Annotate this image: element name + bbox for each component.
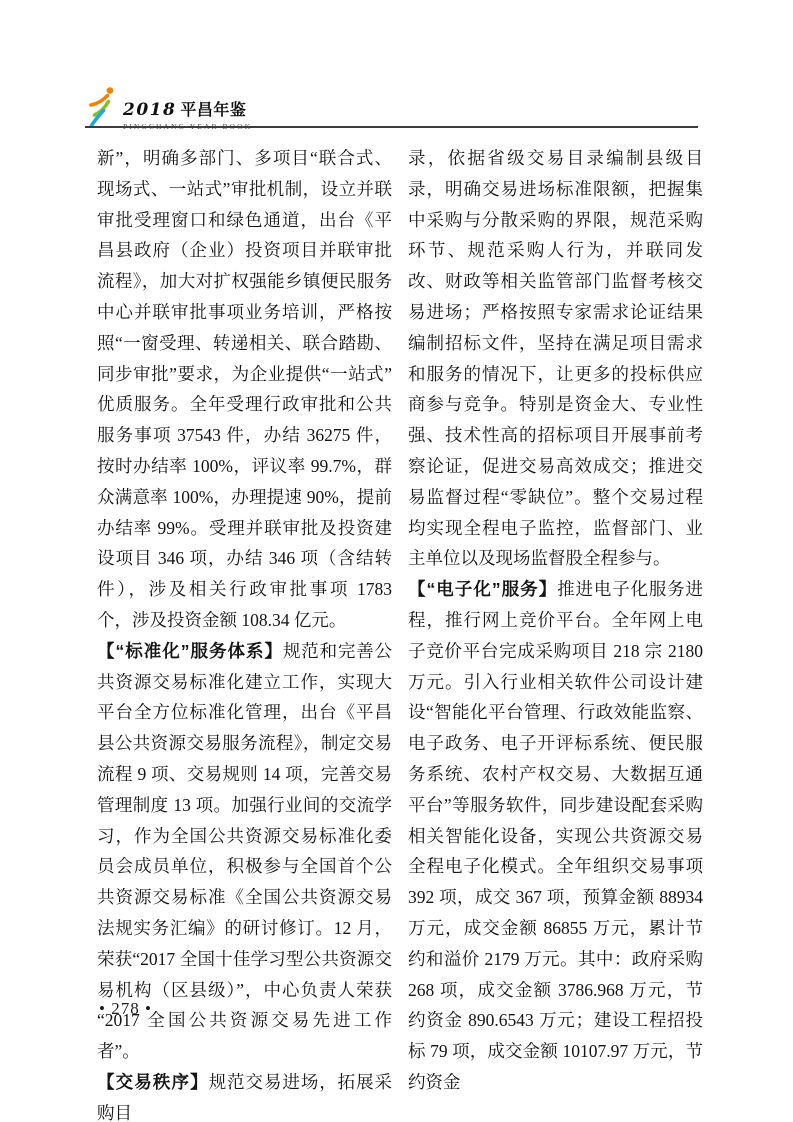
paragraph-heading: 【“标准化”服务体系】	[97, 641, 283, 661]
left-column: 新”，明确多部门、多项目“联合式、现场式、一站式”审批机制，设立并联审批受理窗口…	[97, 143, 392, 1122]
logo-year: 2018	[123, 100, 176, 120]
right-column: 录，依据省级交易目录编制县级目录，明确交易进场标准限额，把握集中采购与分散采购的…	[408, 143, 703, 1122]
paragraph-text: 新”，明确多部门、多项目“联合式、现场式、一站式”审批机制，设立并联审批受理窗口…	[97, 148, 392, 630]
page-header: 2018 平昌年鉴 PINGCHANG YEAR BOOK	[88, 85, 252, 131]
paragraph-trade-order: 【交易秩序】规范交易进场，拓展采购目	[97, 1067, 392, 1122]
runner-figure-icon	[88, 85, 118, 127]
logo-text: 2018 平昌年鉴 PINGCHANG YEAR BOOK	[123, 85, 252, 131]
paragraph-heading: 【“电子化”服务】	[408, 579, 557, 599]
page-number: • 278 •	[99, 999, 152, 1019]
body-columns: 新”，明确多部门、多项目“联合式、现场式、一站式”审批机制，设立并联审批受理窗口…	[97, 143, 703, 1122]
paragraph-electronic-service: 【“电子化”服务】推进电子化服务进程，推行网上竞价平台。全年网上电子竞价平台完成…	[408, 574, 703, 1098]
paragraph-heading: 【交易秩序】	[97, 1072, 209, 1092]
paragraph-continuation: 录，依据省级交易目录编制县级目录，明确交易进场标准限额，把握集中采购与分散采购的…	[408, 143, 703, 574]
yearbook-page: 2018 平昌年鉴 PINGCHANG YEAR BOOK 新”，明确多部门、多…	[0, 0, 793, 1122]
header-rule	[85, 126, 698, 128]
paragraph-text: 推进电子化服务进程，推行网上竞价平台。全年网上电子竞价平台完成采购项目 218 …	[408, 579, 703, 1092]
paragraph-continuation: 新”，明确多部门、多项目“联合式、现场式、一站式”审批机制，设立并联审批受理窗口…	[97, 143, 392, 636]
paragraph-text: 录，依据省级交易目录编制县级目录，明确交易进场标准限额，把握集中采购与分散采购的…	[408, 148, 703, 568]
logo-title-cn: 平昌年鉴	[180, 97, 246, 120]
